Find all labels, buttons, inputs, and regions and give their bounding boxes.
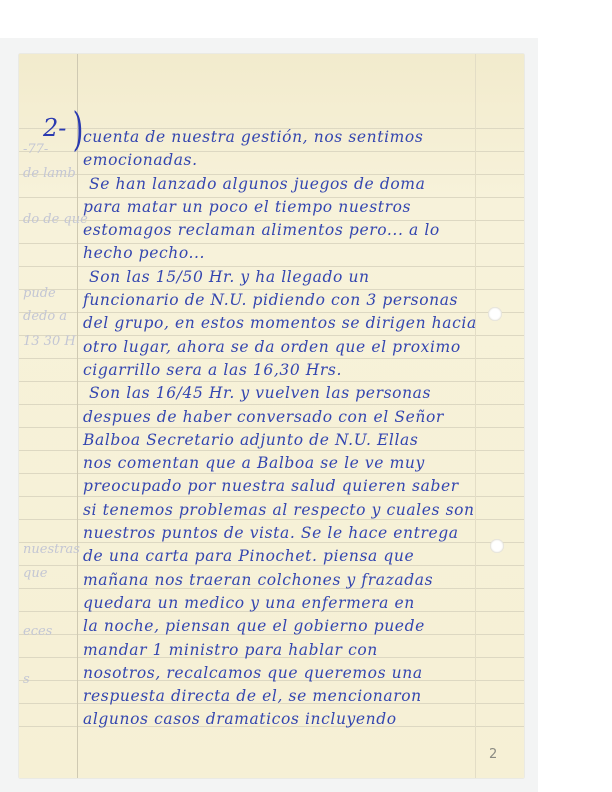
- handwritten-line: del grupo, en estos momentos se dirigen …: [83, 312, 513, 335]
- handwritten-line: si tenemos problemas al respecto y cuale…: [83, 499, 513, 522]
- handwritten-line: quedara un medico y una enfermera en: [83, 592, 513, 615]
- handwritten-line: nosotros, recalcamos que queremos una: [83, 662, 513, 685]
- handwritten-line: despues de haber conversado con el Señor: [83, 406, 513, 429]
- handwritten-line: otro lugar, ahora se da orden que el pro…: [83, 336, 513, 359]
- bleed-through-text: pude: [23, 286, 56, 301]
- section-bracket: ): [73, 102, 84, 156]
- handwritten-line: algunos casos dramaticos incluyendo: [83, 708, 513, 731]
- handwritten-line: Son las 16/45 Hr. y vuelven las personas: [83, 382, 513, 405]
- handwritten-line: emocionadas.: [83, 149, 513, 172]
- handwritten-body: cuenta de nuestra gestión, nos sentimos …: [83, 126, 513, 732]
- handwritten-line: para matar un poco el tiempo nuestros: [83, 196, 513, 219]
- bleed-through-text: eces: [23, 624, 52, 639]
- handwritten-line: preocupado por nuestra salud quieren sab…: [83, 475, 513, 498]
- handwritten-line: mandar 1 ministro para hablar con: [83, 639, 513, 662]
- handwritten-line: estomagos reclaman alimentos pero... a l…: [83, 219, 513, 242]
- handwritten-line: nuestros puntos de vista. Se le hace ent…: [83, 522, 513, 545]
- left-margin-line: [77, 54, 78, 778]
- bleed-through-text: do de que: [23, 212, 88, 227]
- handwritten-line: funcionario de N.U. pidiendo con 3 perso…: [83, 289, 513, 312]
- bleed-through-text: -77-: [23, 142, 48, 157]
- handwritten-line: de una carta para Pinochet. piensa que: [83, 545, 513, 568]
- handwritten-line: Son las 15/50 Hr. y ha llegado un: [83, 266, 513, 289]
- handwritten-line: la noche, piensan que el gobierno puede: [83, 615, 513, 638]
- handwritten-line: nos comentan que a Balboa se le ve muy: [83, 452, 513, 475]
- handwritten-line: hecho pecho...: [83, 242, 513, 265]
- handwritten-line: cuenta de nuestra gestión, nos sentimos: [83, 126, 513, 149]
- handwritten-line: mañana nos traeran colchones y frazadas: [83, 569, 513, 592]
- ruled-paper-page: -77- de lamb do de que pude dedo a 13 30…: [19, 54, 524, 778]
- bleed-through-text: dedo a: [23, 309, 67, 324]
- bleed-through-text: nuestras: [23, 542, 80, 557]
- section-marker: 2-: [43, 114, 66, 142]
- handwritten-line: cigarrillo sera a las 16,30 Hrs.: [83, 359, 513, 382]
- handwritten-line: Se han lanzado algunos juegos de doma: [83, 173, 513, 196]
- handwritten-line: Balboa Secretario adjunto de N.U. Ellas: [83, 429, 513, 452]
- bleed-through-text: que: [23, 566, 47, 581]
- handwritten-line: respuesta directa de el, se mencionaron: [83, 685, 513, 708]
- bleed-through-text: 13 30 H: [23, 334, 76, 349]
- bleed-through-text: de lamb: [23, 166, 76, 181]
- bleed-through-text: s: [23, 672, 30, 687]
- page-number: 2: [489, 747, 497, 762]
